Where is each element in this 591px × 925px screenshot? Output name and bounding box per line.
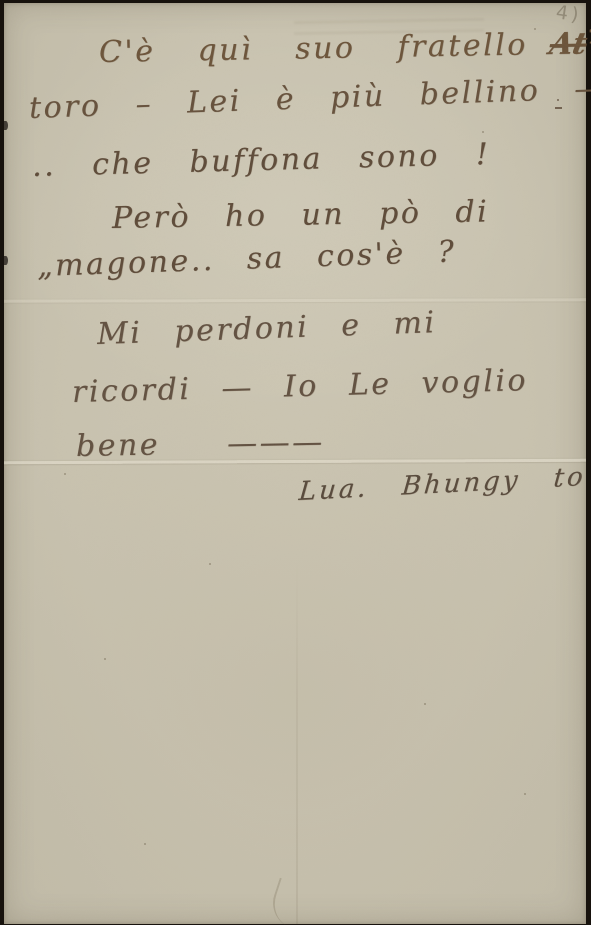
handwriting-line-5: „magone.. sa cos'è ?: [36, 234, 456, 284]
struck-out-word: At: [546, 26, 589, 62]
corner-pencil-mark: 4): [555, 1, 583, 26]
paper-speck: [534, 28, 536, 30]
signature: Lua. Bhungy to: [298, 462, 587, 507]
handwriting-line-7: ricordi — Io Le voglio: [72, 363, 529, 410]
paper-edge-nick: [4, 256, 8, 265]
paper-edge-nick: [4, 121, 8, 130]
handwriting-line-2: toro – Lei è più bellino —: [28, 71, 591, 126]
paper-speck: [524, 793, 526, 795]
handwriting-line-8: bene ———: [76, 425, 325, 464]
bottom-fold-mark: [266, 878, 320, 925]
scanned-letter-photo: 4) C'è quì suo fratelloAt2 toro – Lei è …: [0, 0, 591, 925]
line-1-text: C'è quì suo fratello: [99, 28, 528, 70]
paper-speck: [104, 658, 106, 660]
paper-speck: [64, 473, 66, 475]
paper-speck: [144, 843, 146, 845]
paper-speck: [482, 131, 484, 133]
paper-speck: [209, 563, 211, 565]
handwriting-line-6: Mi perdoni e mi: [96, 305, 437, 352]
paper-speck: [424, 703, 426, 705]
handwriting-line-3: .. che buffona sono !: [32, 137, 491, 184]
handwriting-line-1: C'è quì suo fratelloAt2: [99, 24, 591, 70]
handwriting-line-4: Però ho un pò di: [112, 194, 490, 236]
vertical-crease: [296, 558, 298, 924]
fold-crease-upper: [4, 298, 586, 303]
letter-paper: 4) C'è quì suo fratelloAt2 toro – Lei è …: [4, 3, 586, 924]
